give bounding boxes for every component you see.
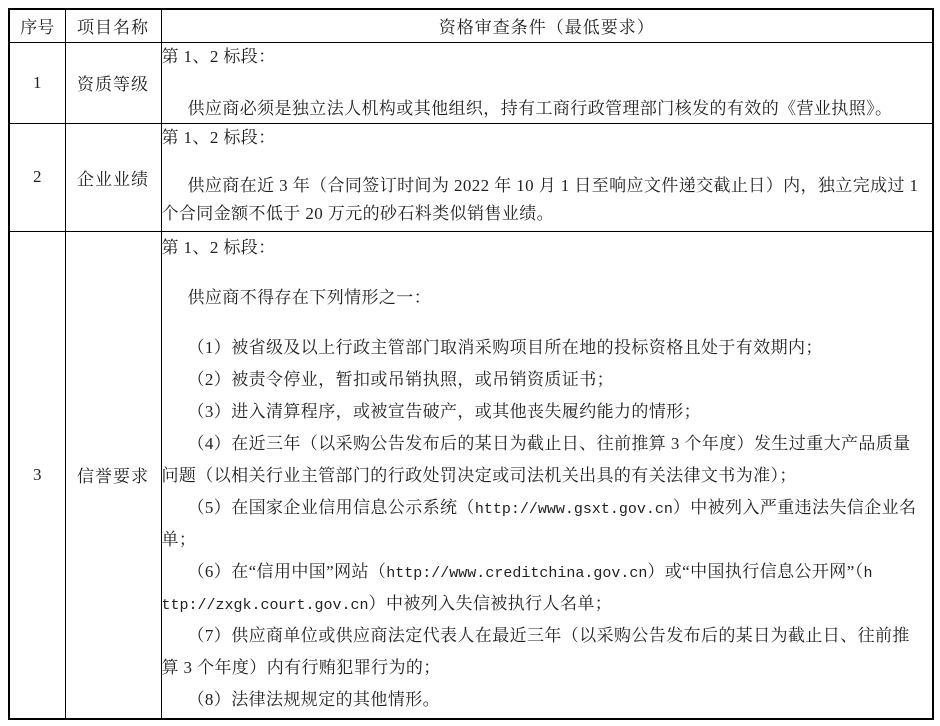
- row-serial-number: 3: [9, 231, 65, 719]
- condition-line: 单；: [162, 524, 933, 556]
- url-text: h: [864, 565, 873, 582]
- condition-line: （1）被省级及以上行政主管部门取消采购项目所在地的投标资格且处于有效期内；: [162, 332, 933, 364]
- condition-line: 供应商不得存在下列情形之一：: [162, 282, 933, 314]
- condition-line: （2）被责令停业，暂扣或吊销执照，或吊销资质证书；: [162, 364, 933, 396]
- row-item-name: 资质等级: [65, 42, 161, 123]
- url-text: http://www.gsxt.gov.cn: [475, 501, 673, 518]
- row-conditions-cell: 第 1、2 标段：供应商必须是独立法人机构或其他组织，持有工商行政管理部门核发的…: [161, 42, 933, 123]
- table-row: 3信誉要求第 1、2 标段：供应商不得存在下列情形之一：（1）被省级及以上行政主…: [9, 231, 933, 719]
- row-conditions-cell: 第 1、2 标段：供应商不得存在下列情形之一：（1）被省级及以上行政主管部门取消…: [161, 231, 933, 719]
- header-serial-number: 序号: [9, 9, 65, 42]
- blank-line: [162, 152, 933, 172]
- condition-line: 供应商必须是独立法人机构或其他组织，持有工商行政管理部门核发的有效的《营业执照》…: [162, 95, 933, 123]
- condition-line: （3）进入清算程序，或被宣告破产，或其他丧失履约能力的情形；: [162, 396, 933, 428]
- condition-line: 第 1、2 标段：: [162, 232, 933, 264]
- condition-line: 算 3 个年度）内有行贿犯罪行为的；: [162, 652, 933, 684]
- table-body: 1资质等级第 1、2 标段：供应商必须是独立法人机构或其他组织，持有工商行政管理…: [9, 42, 933, 719]
- header-qualification-conditions: 资格审查条件（最低要求）: [161, 9, 933, 42]
- table-header: 序号 项目名称 资格审查条件（最低要求）: [9, 9, 933, 42]
- condition-line: ttp://zxgk.court.gov.cn）中被列入失信被执行人名单；: [162, 588, 933, 620]
- condition-line: 问题（以相关行业主管部门的行政处罚决定或司法机关出具的有关法律文书为准）；: [162, 460, 933, 492]
- header-item-name: 项目名称: [65, 9, 161, 42]
- row-serial-number: 2: [9, 123, 65, 231]
- condition-line: （4）在近三年（以采购公告发布后的某日为截止日、往前推算 3 个年度）发生过重大…: [162, 428, 933, 460]
- blank-line: [162, 264, 933, 282]
- condition-line: （5）在国家企业信用信息公示系统（http://www.gsxt.gov.cn）…: [162, 492, 933, 524]
- condition-line: 供应商在近 3 年（合同签订时间为 2022 年 10 月 1 日至响应文件递交…: [162, 172, 933, 200]
- row-item-name: 企业业绩: [65, 123, 161, 231]
- url-text: http://www.creditchina.gov.cn: [386, 565, 647, 582]
- url-text: ttp://zxgk.court.gov.cn: [162, 597, 369, 614]
- document-page: 序号 项目名称 资格审查条件（最低要求） 1资质等级第 1、2 标段：供应商必须…: [0, 0, 940, 726]
- row-serial-number: 1: [9, 42, 65, 123]
- condition-line: （6）在“信用中国”网站（http://www.creditchina.gov.…: [162, 556, 933, 588]
- condition-line: 个合同金额不低于 20 万元的砂石料类似销售业绩。: [162, 200, 933, 228]
- qualification-review-table: 序号 项目名称 资格审查条件（最低要求） 1资质等级第 1、2 标段：供应商必须…: [8, 8, 934, 720]
- condition-line: （7）供应商单位或供应商法定代表人在最近三年（以采购公告发布后的某日为截止日、往…: [162, 620, 933, 652]
- blank-line: [162, 71, 933, 95]
- row-conditions-cell: 第 1、2 标段：供应商在近 3 年（合同签订时间为 2022 年 10 月 1…: [161, 123, 933, 231]
- condition-line: 第 1、2 标段：: [162, 43, 933, 71]
- header-row: 序号 项目名称 资格审查条件（最低要求）: [9, 9, 933, 42]
- condition-line: （8）法律法规规定的其他情形。: [162, 684, 933, 716]
- row-item-name: 信誉要求: [65, 231, 161, 719]
- table-row: 2企业业绩第 1、2 标段：供应商在近 3 年（合同签订时间为 2022 年 1…: [9, 123, 933, 231]
- condition-line: 第 1、2 标段：: [162, 124, 933, 152]
- blank-line: [162, 314, 933, 332]
- table-row: 1资质等级第 1、2 标段：供应商必须是独立法人机构或其他组织，持有工商行政管理…: [9, 42, 933, 123]
